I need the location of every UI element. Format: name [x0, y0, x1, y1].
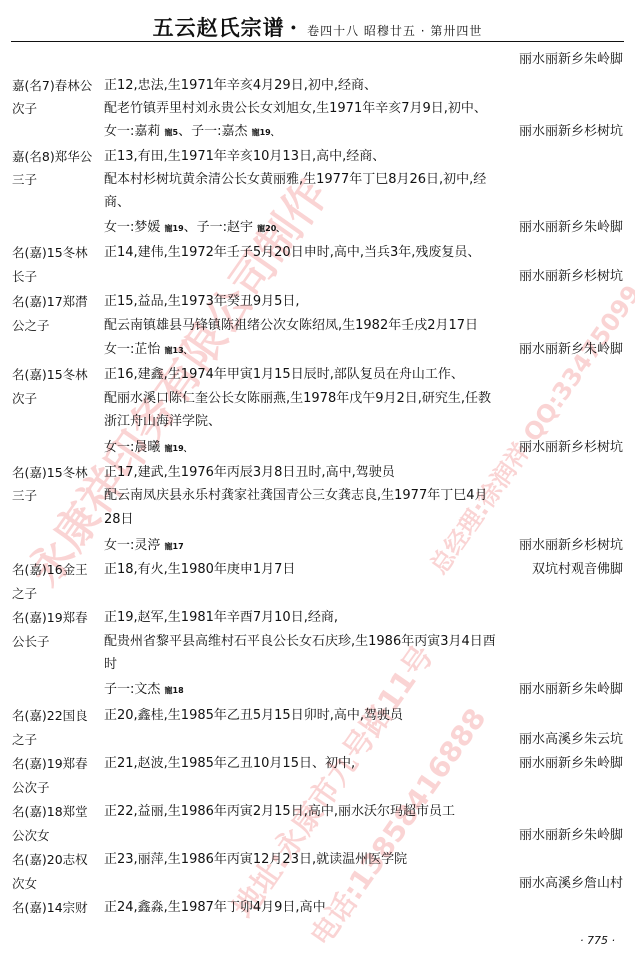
entry-location: 丽水丽新乡朱岭脚: [519, 680, 623, 700]
entry-parent-label: 名(嘉)15冬林: [12, 463, 88, 483]
entry-line: 正21,赵波,生1985年乙丑10月15日、初中,: [104, 754, 355, 774]
volume-subtitle: 卷四十八 昭穆廿五 · 第卅四世: [307, 24, 482, 38]
entry-line: 配丽水溪口陈仁奎公长女陈丽燕,生1978年戊午9月2日,研究生,任教: [104, 389, 491, 409]
entry-relation-label: 之子: [12, 730, 37, 750]
entry-parent-label: 名(嘉)15冬林: [12, 243, 88, 263]
entry-location: 丽水高溪乡詹山村: [519, 874, 623, 894]
entry-relation-label: 公次子: [12, 778, 50, 798]
entry-parent-label: 名(嘉)17郑潸: [12, 292, 88, 312]
entry-children: 女一:灵渟 寵17: [104, 536, 184, 556]
entry-line: 配云南镇雄县马锋镇陈祖绪公次女陈绍凤,生1982年壬戌2月17日: [104, 316, 478, 336]
watermark-address: 地址:永康市九号路11号: [220, 635, 442, 925]
entry-parent-label: 名(嘉)19郑春: [12, 608, 88, 628]
header-rule: [11, 41, 624, 42]
entry-parent-label: 名(嘉)19郑春: [12, 754, 88, 774]
entry-line: 正18,有火,生1980年庚申1月7日: [104, 560, 295, 580]
entry-location: 丽水高溪乡朱云坑: [519, 730, 623, 750]
entry-relation-label: 公长子: [12, 632, 50, 652]
entry-relation-label: 长子: [12, 267, 37, 287]
entry-relation-label: 之子: [12, 584, 37, 604]
entry-line: 正23,丽萍,生1986年丙寅12月23日,就读温州医学院: [104, 850, 407, 870]
entry-line: 配本村杉树坑黄余清公长女黄丽雅,生1977年丁巳8月26日,初中,经: [104, 170, 486, 190]
entry-parent-label: 嘉(名7)春林公: [12, 76, 92, 96]
entry-parent-label: 名(嘉)22国良: [12, 706, 88, 726]
book-title: 五云赵氏宗谱: [153, 15, 285, 40]
title-separator: ·: [290, 15, 298, 40]
entry-children: 女一:芷怡 寵13、: [104, 340, 192, 360]
page-header: 五云赵氏宗谱 · 卷四十八 昭穆廿五 · 第卅四世: [0, 12, 635, 42]
entry-line: 正13,有田,生1971年辛亥10月13日,高中,经商、: [104, 147, 385, 167]
entry-parent-label: 名(嘉)15冬林: [12, 365, 88, 385]
entry-location: 丽水丽新乡杉树坑: [519, 122, 623, 142]
entry-line: 正14,建伟,生1972年壬子5月20日申时,高中,当兵3年,残废复员、: [104, 243, 480, 263]
top-location: 丽水丽新乡朱岭脚: [519, 50, 623, 70]
entry-relation-label: 三子: [12, 170, 37, 190]
entry-line: 配贵州省黎平县高维村石平良公长女石庆珍,生1986年丙寅3月4日酉: [104, 632, 496, 652]
entry-location: 丽水丽新乡朱岭脚: [519, 218, 623, 238]
entry-line: 正20,鑫桂,生1985年乙丑5月15日卯时,高中,驾驶员: [104, 706, 403, 726]
entry-line: 时: [104, 655, 117, 675]
entry-line: 正16,建鑫,生1974年甲寅1月15日辰时,部队复员在舟山工作、: [104, 365, 464, 385]
entry-relation-label: 三子: [12, 486, 37, 506]
entry-line: 商、: [104, 193, 130, 213]
entry-relation-label: 次女: [12, 874, 37, 894]
entry-children: 女一:梦媛 寵19、子一:赵宇 寵20、: [104, 218, 284, 238]
entry-line: 正24,鑫淼,生1987年丁卯4月9日,高中: [104, 898, 326, 918]
entry-line: 正15,益品,生1973年癸丑9月5日,: [104, 292, 300, 312]
entry-parent-label: 名(嘉)14宗财: [12, 898, 88, 918]
page-number: · 775 ·: [580, 934, 615, 947]
entry-relation-label: 次子: [12, 99, 37, 119]
entry-parent-label: 名(嘉)16金王: [12, 560, 88, 580]
entry-location: 丽水丽新乡朱岭脚: [519, 754, 623, 774]
entry-location: 丽水丽新乡杉树坑: [519, 536, 623, 556]
entry-line: 正12,忠法,生1971年辛亥4月29日,初中,经商、: [104, 76, 377, 96]
entry-parent-label: 嘉(名8)郑华公: [12, 147, 92, 167]
entry-line: 正22,益丽,生1986年丙寅2月15日,高中,丽水沃尔玛超市员工: [104, 802, 455, 822]
entry-relation-label: 公次女: [12, 826, 50, 846]
entry-location: 丽水丽新乡杉树坑: [519, 267, 623, 287]
entry-line: 配老竹镇弄里村刘永贵公长女刘旭女,生1971年辛亥7月9日,初中、: [104, 99, 487, 119]
entry-line: 28日: [104, 510, 134, 530]
entry-children: 女一:晨曦 寵19、: [104, 438, 192, 458]
entry-relation-label: 公之子: [12, 316, 50, 336]
entry-line: 配云南凤庆县永乐村龚家社龚国青公三女龚志良,生1977年丁巳4月: [104, 486, 488, 506]
entry-line: 正17,建武,生1976年丙辰3月8日丑时,高中,驾驶员: [104, 463, 395, 483]
entry-location: 丽水丽新乡朱岭脚: [519, 340, 623, 360]
entry-children: 女一:嘉莉 寵5、子一:嘉杰 寵19、: [104, 122, 279, 142]
watermark-phone: 电话:13858416888: [300, 699, 494, 953]
entry-line: 浙江舟山海洋学院、: [104, 412, 221, 432]
entry-line: 正19,赵军,生1981年辛酉7月10日,经商,: [104, 608, 338, 628]
entry-children: 子一:文杰 寵18: [104, 680, 184, 700]
entry-parent-label: 名(嘉)20志权: [12, 850, 88, 870]
entry-location: 丽水丽新乡朱岭脚: [519, 826, 623, 846]
entry-relation-label: 次子: [12, 389, 37, 409]
entry-parent-label: 名(嘉)18郑堂: [12, 802, 88, 822]
entry-location: 丽水丽新乡杉树坑: [519, 438, 623, 458]
entry-location: 双坑村观音佛脚: [532, 560, 623, 580]
